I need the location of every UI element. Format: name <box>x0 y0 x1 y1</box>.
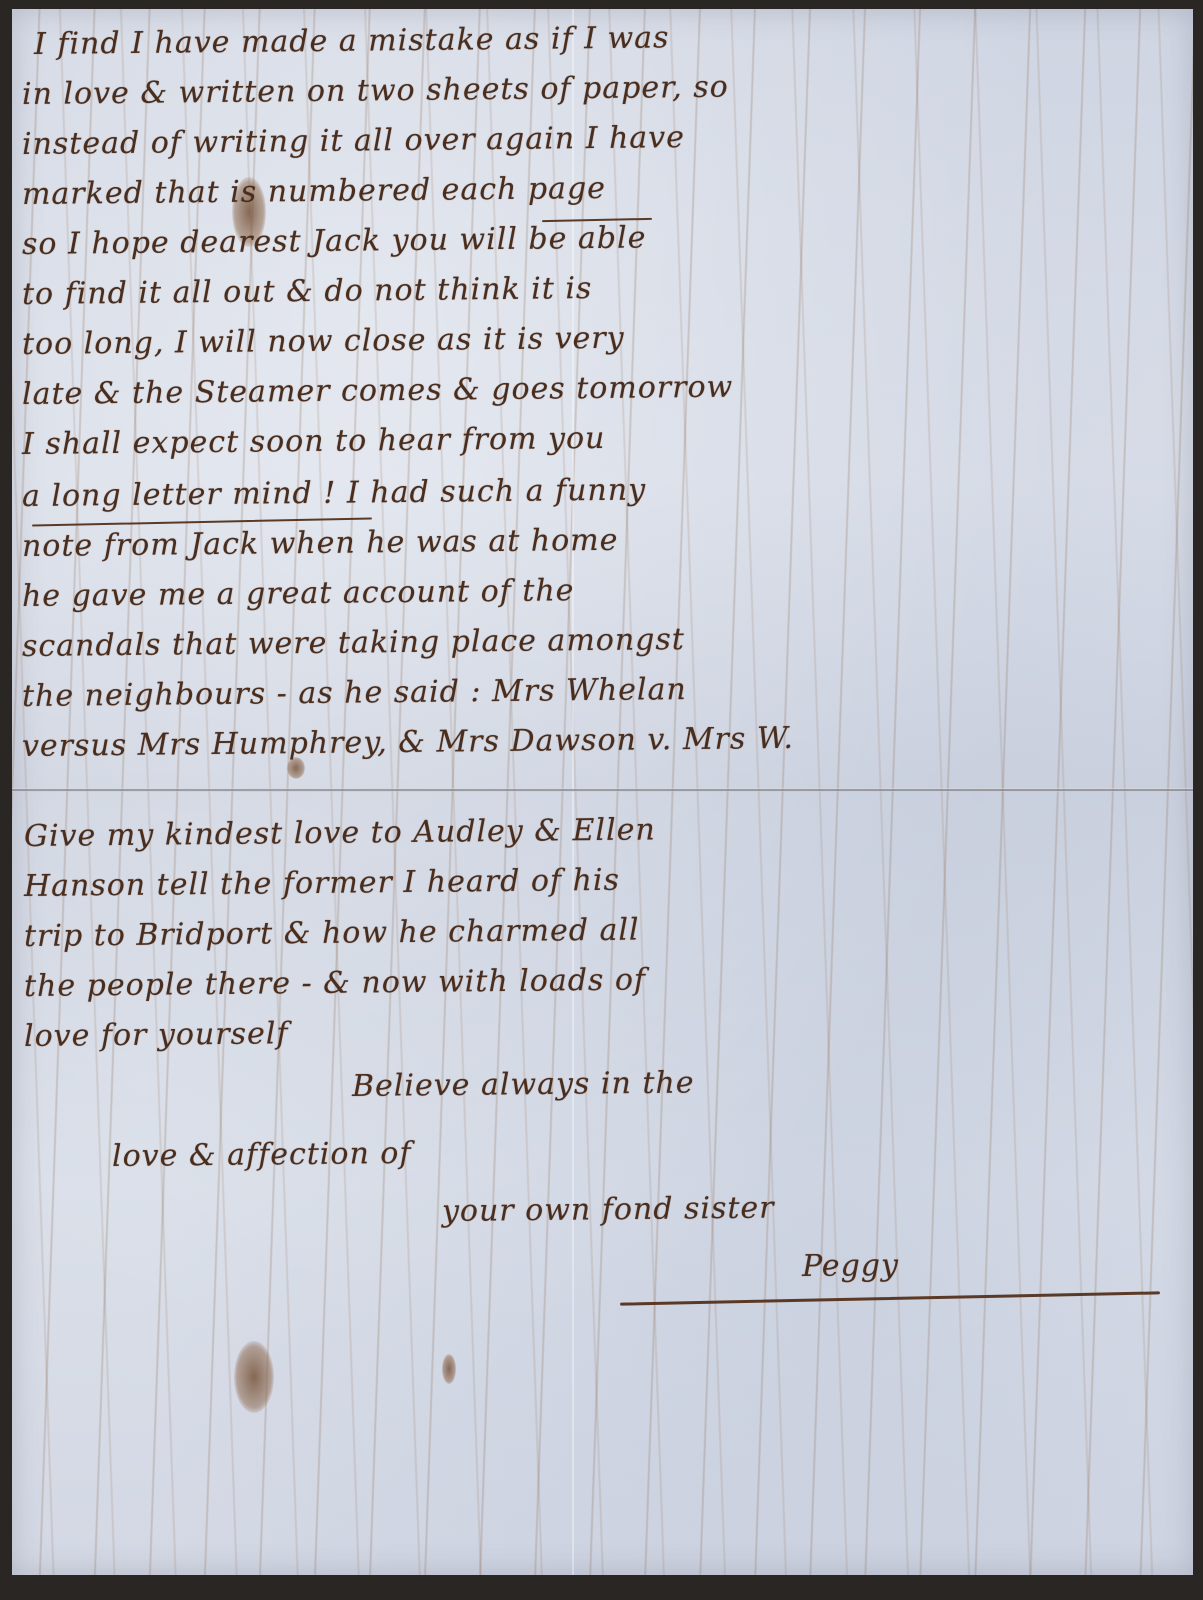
handwritten-line: love for yourself <box>24 1016 289 1054</box>
letter-page: I find I have made a mistake as if I was… <box>12 9 1193 1575</box>
handwritten-line: Give my kindest love to Audley & Ellen <box>24 812 656 854</box>
handwritten-line: Peggy <box>802 1248 899 1284</box>
letter-body-bottom: Give my kindest love to Audley & EllenHa… <box>12 9 1193 1575</box>
handwritten-line: love & affection of <box>112 1136 412 1174</box>
handwritten-line: trip to Bridport & how he charmed all <box>24 913 640 954</box>
handwritten-line: your own fond sister <box>442 1191 775 1229</box>
handwritten-line: Believe always in the <box>352 1065 695 1104</box>
handwritten-line: Hanson tell the former I heard of his <box>24 863 620 904</box>
handwritten-line: the people there - & now with loads of <box>24 962 646 1004</box>
